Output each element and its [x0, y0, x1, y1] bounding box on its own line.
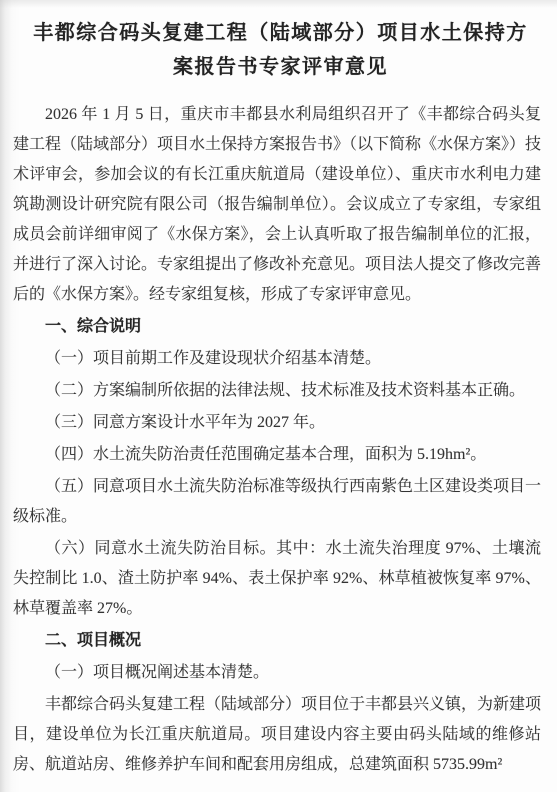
section-1-item-1: （一）项目前期工作及建设现状介绍基本清楚。 [13, 344, 541, 374]
section-2-item-1: （一）项目概况阐述基本清楚。 [13, 658, 541, 688]
section-2-heading: 二、项目概况 [13, 626, 541, 656]
document-page: 丰都综合码头复建工程（陆域部分）项目水土保持方案报告书专家评审意见 2026 年… [0, 0, 557, 792]
intro-paragraph: 2026 年 1 月 5 日，重庆市丰都县水利局组织召开了《丰都综合码头复建工程… [13, 100, 541, 310]
section-2-paragraph: 丰都综合码头复建工程（陆域部分）项目位于丰都县兴义镇，为新建项目，建设单位为长江… [13, 690, 541, 780]
section-1-item-3: （三）同意方案设计水平年为 2027 年。 [13, 408, 541, 438]
section-1-item-5: （五）同意项目水土流失防治标准等级执行西南紫色土区建设类项目一级标准。 [13, 472, 541, 532]
section-1-heading: 一、综合说明 [13, 312, 541, 342]
section-1-item-2: （二）方案编制所依据的法律法规、技术标准及技术资料基本正确。 [13, 376, 541, 406]
section-1-item-4: （四）水土流失防治责任范围确定基本合理，面积为 5.19hm²。 [13, 440, 541, 470]
section-1-item-6: （六）同意水土流失防治目标。其中：水土流失治理度 97%、土壤流失控制比 1.0… [13, 534, 541, 624]
document-title: 丰都综合码头复建工程（陆域部分）项目水土保持方案报告书专家评审意见 [0, 0, 557, 84]
document-body: 2026 年 1 月 5 日，重庆市丰都县水利局组织召开了《丰都综合码头复建工程… [0, 84, 557, 780]
